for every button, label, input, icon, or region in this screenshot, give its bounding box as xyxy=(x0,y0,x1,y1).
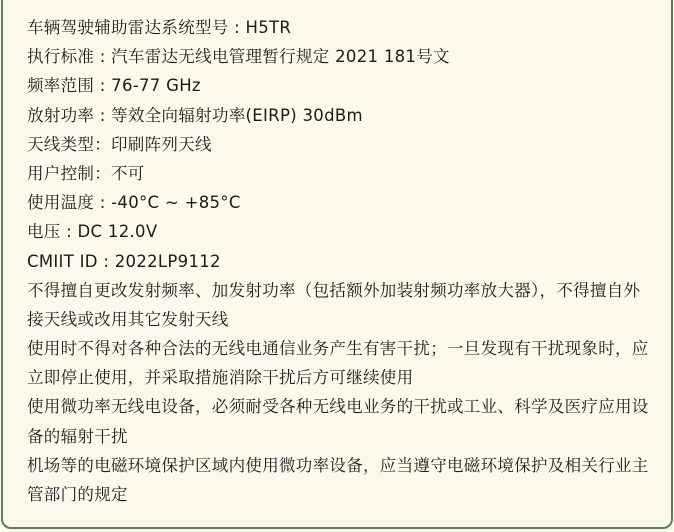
notice-line: 管部门的规定 xyxy=(27,480,658,509)
notice-line: 使用时不得对各种合法的无线电通信业务产生有害干扰；一旦发现有干扰现象时，应 xyxy=(27,334,658,363)
spec-line-user-control: 用户控制：不可 xyxy=(27,159,658,188)
regulatory-label: 车辆驾驶辅助雷达系统型号 : H5TR 执行标准 : 汽车雷达无线电管理暂行规定… xyxy=(0,0,674,532)
spec-line-antenna-type: 天线类型：印刷阵列天线 xyxy=(27,130,658,159)
label-text-block: 车辆驾驶辅助雷达系统型号 : H5TR 执行标准 : 汽车雷达无线电管理暂行规定… xyxy=(27,13,658,509)
notice-line: 备的辐射干扰 xyxy=(27,422,658,451)
spec-line-radiated-power: 放射功率 : 等效全向辐射功率(EIRP) 30dBm xyxy=(27,101,658,130)
notice-line: 使用微功率无线电设备，必须耐受各种无线电业务的干扰或工业、科学及医疗应用设 xyxy=(27,392,658,421)
spec-line-operating-temperature: 使用温度 : -40°C ~ +85°C xyxy=(27,188,658,217)
spec-line-model: 车辆驾驶辅助雷达系统型号 : H5TR xyxy=(27,13,658,42)
spec-line-cmiit-id: CMIIT ID : 2022LP9112 xyxy=(27,247,658,276)
spec-line-voltage: 电压 : DC 12.0V xyxy=(27,217,658,246)
spec-line-frequency-range: 频率范围 : 76-77 GHz xyxy=(27,71,658,100)
notice-line: 接天线或改用其它发射天线 xyxy=(27,305,658,334)
notice-line: 机场等的电磁环境保护区域内使用微功率设备，应当遵守电磁环境保护及相关行业主 xyxy=(27,451,658,480)
notice-line: 不得擅自更改发射频率、加发射功率（包括额外加装射频功率放大器），不得擅自外 xyxy=(27,276,658,305)
spec-line-standard: 执行标准 : 汽车雷达无线电管理暂行规定 2021 181号文 xyxy=(27,42,658,71)
notice-line: 立即停止使用，并采取措施消除干扰后方可继续使用 xyxy=(27,363,658,392)
